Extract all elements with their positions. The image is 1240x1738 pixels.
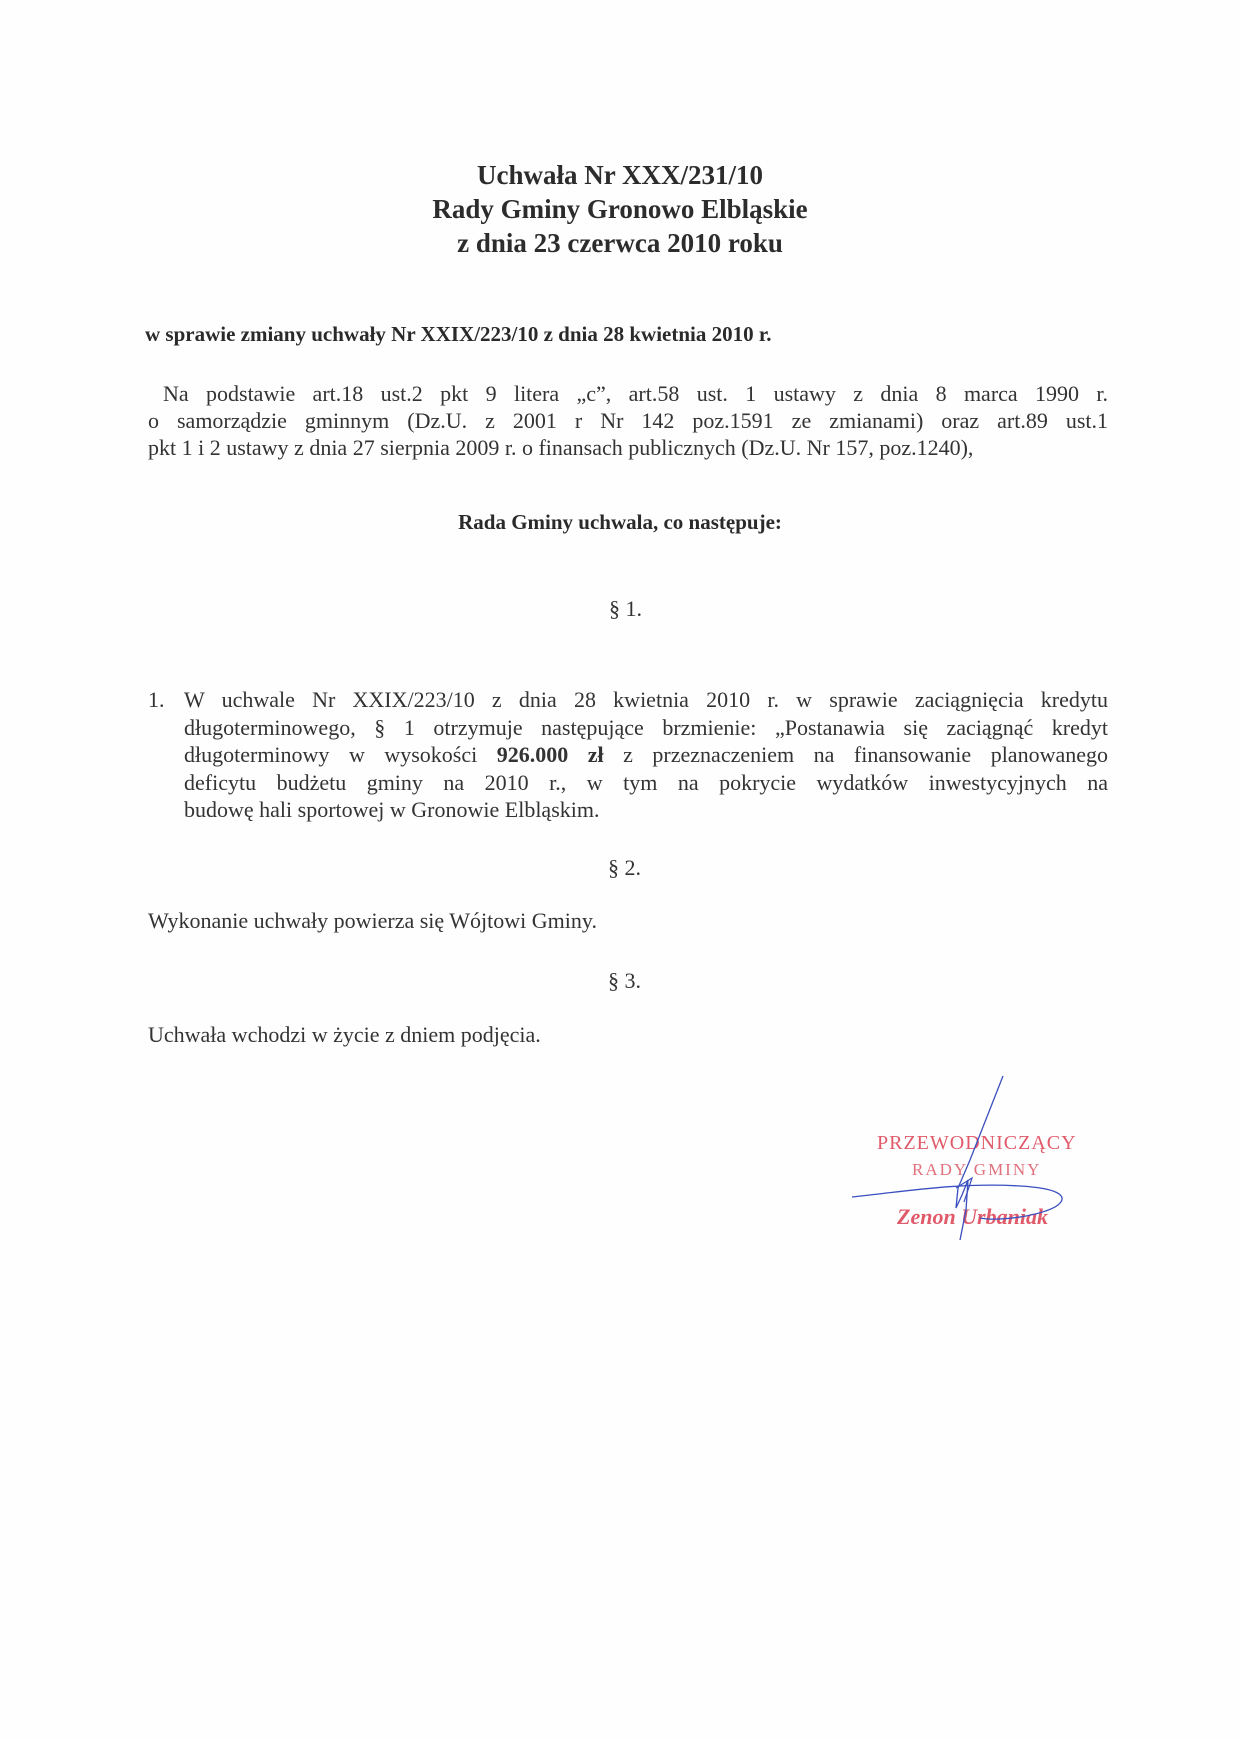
section-mark-1: § 1. [609,596,642,622]
item-line: deficytu budżetu gminy na 2010 r., w tym… [184,769,1108,797]
legal-basis: Na podstawie art.18 ust.2 pkt 9 litera „… [148,380,1108,461]
amount-suffix: z przeznaczeniem na finansowanie planowa… [604,742,1108,767]
section-mark-2: § 2. [608,855,641,881]
amount-prefix: długoterminowy w wysokości [184,742,497,767]
resolution-number: Uchwała Nr XXX/231/10 [0,158,1240,192]
document-page: Uchwała Nr XXX/231/10 Rady Gminy Gronowo… [0,0,1240,1738]
legal-basis-line: Na podstawie art.18 ust.2 pkt 9 litera „… [148,380,1108,407]
chairman-stamp: PRZEWODNICZĄCY RADY GMINY Zenon Urbaniak [840,1070,1120,1290]
item-line: budowę hali sportowej w Gronowie Elbląsk… [184,796,1108,824]
item-number: 1. [148,686,165,714]
council-name: Rady Gminy Gronowo Elbląskie [0,192,1240,226]
resolves-heading: Rada Gminy uchwala, co następuje: [0,510,1240,535]
loan-amount: 926.000 zł [497,742,604,767]
legal-basis-line: pkt 1 i 2 ustawy z dnia 27 sierpnia 2009… [148,434,1108,461]
section-3-text: Uchwała wchodzi w życie z dniem podjęcia… [148,1022,541,1048]
section-1-item-1: 1. W uchwale Nr XXIX/223/10 z dnia 28 kw… [148,686,1108,824]
item-line-amount: długoterminowy w wysokości 926.000 zł z … [184,741,1108,769]
signature-icon [840,1070,1120,1290]
section-mark-3: § 3. [608,968,641,994]
item-line: W uchwale Nr XXIX/223/10 z dnia 28 kwiet… [184,686,1108,714]
resolution-date: z dnia 23 czerwca 2010 roku [0,226,1240,260]
legal-basis-line: o samorządzie gminnym (Dz.U. z 2001 r Nr… [148,407,1108,434]
item-line: długoterminowego, § 1 otrzymuje następuj… [184,714,1108,742]
resolution-subject: w sprawie zmiany uchwały Nr XXIX/223/10 … [145,322,772,347]
section-2-text: Wykonanie uchwały powierza się Wójtowi G… [148,908,597,934]
